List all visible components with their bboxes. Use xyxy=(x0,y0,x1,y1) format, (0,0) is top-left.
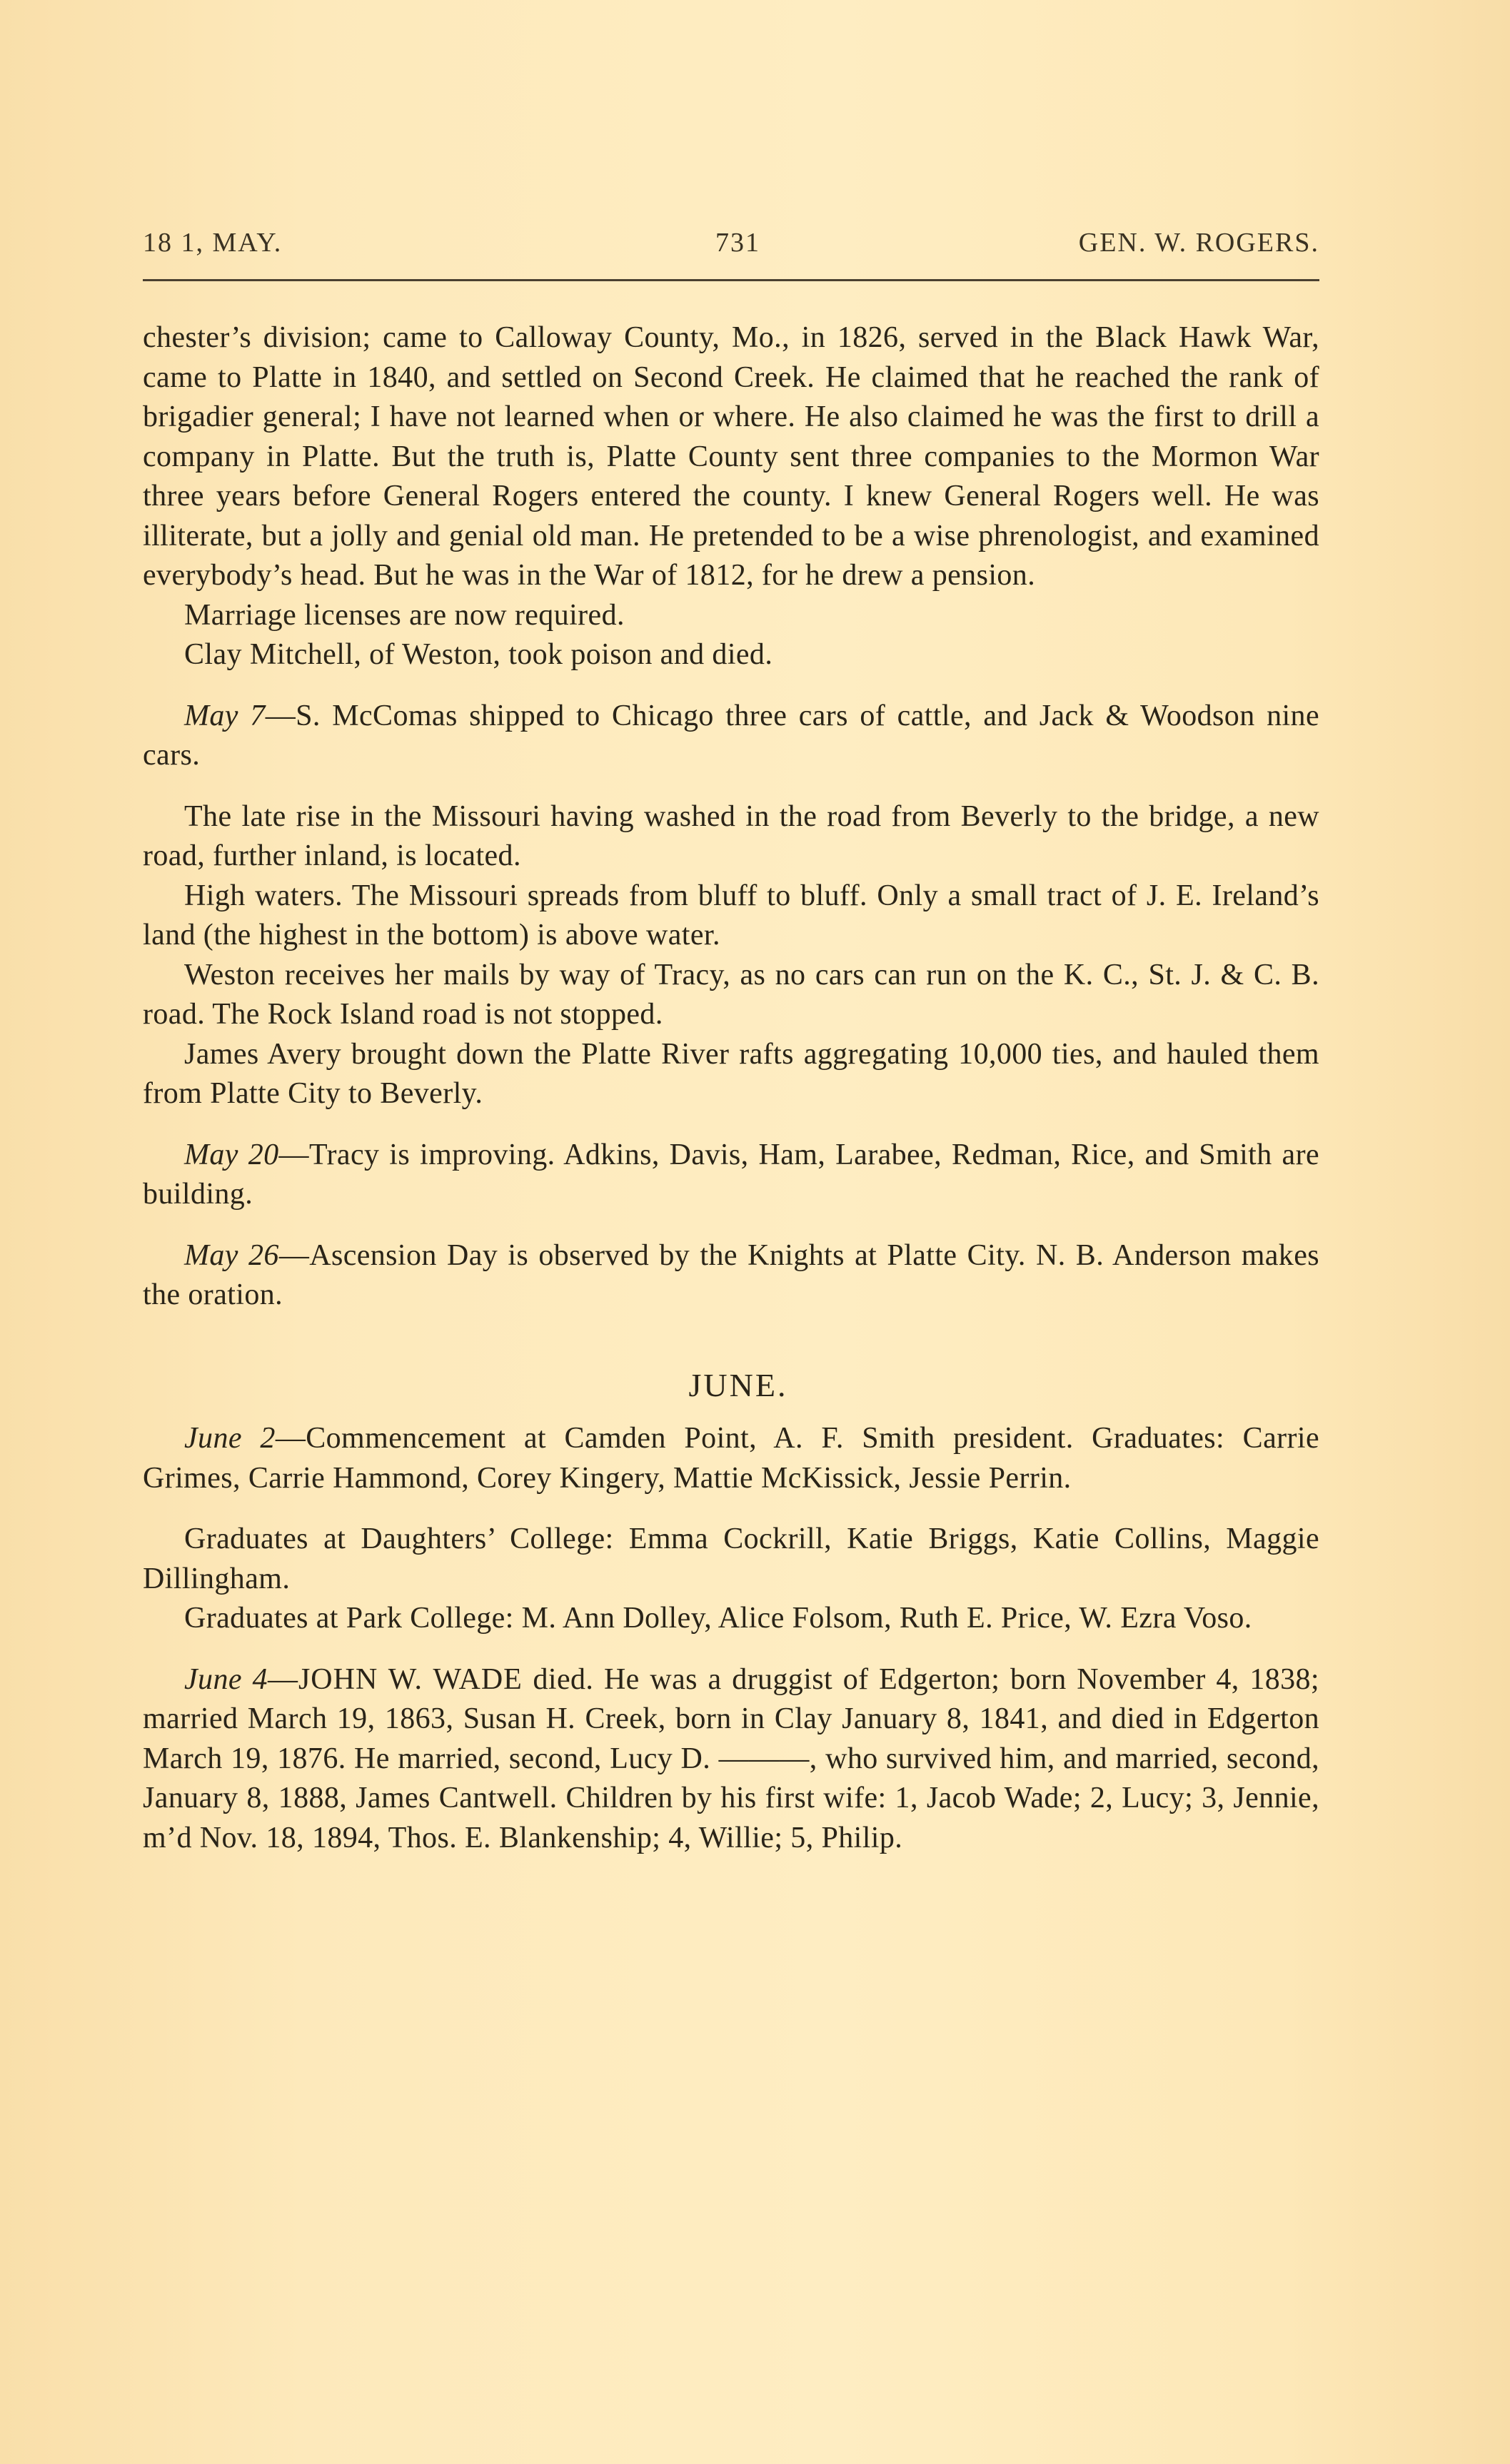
paragraph: Marriage licenses are now required. xyxy=(143,596,1319,636)
paragraph: Graduates at Daughters’ College: Emma Co… xyxy=(143,1520,1319,1599)
paragraph: Weston receives her mails by way of Trac… xyxy=(143,956,1319,1035)
entry-text: —Ascension Day is observed by the Knight… xyxy=(143,1239,1319,1312)
paragraph: chester’s division; came to Calloway Cou… xyxy=(143,318,1319,596)
running-head-right: GEN. W. ROGERS. xyxy=(1079,227,1319,258)
dated-entry: May 20—Tracy is improving. Adkins, Davis… xyxy=(143,1136,1319,1215)
entry-text: —S. McComas shipped to Chicago three car… xyxy=(143,700,1319,772)
page-number: 731 xyxy=(715,227,760,258)
entry-date: June 4 xyxy=(184,1663,268,1696)
entry-text: —Commencement at Camden Point, A. F. Smi… xyxy=(143,1422,1319,1495)
entry-date: May 7 xyxy=(184,700,266,732)
dated-entry: May 26—Ascension Day is observed by the … xyxy=(143,1236,1319,1316)
header-rule xyxy=(143,279,1319,281)
paragraph: Clay Mitchell, of Weston, took poison an… xyxy=(143,635,1319,675)
paragraph: The late rise in the Missouri having was… xyxy=(143,797,1319,877)
paragraph: James Avery brought down the Platte Rive… xyxy=(143,1035,1319,1114)
running-head-left: 18 1, MAY. xyxy=(143,227,282,258)
entry-person-name: —JOHN W. WADE xyxy=(268,1663,523,1696)
entry-date: May 26 xyxy=(184,1239,279,1272)
entry-text: —Tracy is improving. Adkins, Davis, Ham,… xyxy=(143,1138,1319,1211)
dated-entry: May 7—S. McComas shipped to Chicago thre… xyxy=(143,697,1319,776)
paragraph: Graduates at Park College: M. Ann Dolley… xyxy=(143,1599,1319,1639)
entry-date: June 2 xyxy=(184,1422,276,1455)
paragraph: High waters. The Missouri spreads from b… xyxy=(143,877,1319,956)
dated-entry: June 4—JOHN W. WADE died. He was a drugg… xyxy=(143,1660,1319,1859)
entry-date: May 20 xyxy=(184,1138,279,1171)
dated-entry: June 2—Commencement at Camden Point, A. … xyxy=(143,1419,1319,1498)
body-text: chester’s division; came to Calloway Cou… xyxy=(143,318,1319,1858)
section-heading-june: JUNE. xyxy=(143,1365,1319,1405)
running-head: 18 1, MAY. 731 GEN. W. ROGERS. xyxy=(143,227,1319,270)
